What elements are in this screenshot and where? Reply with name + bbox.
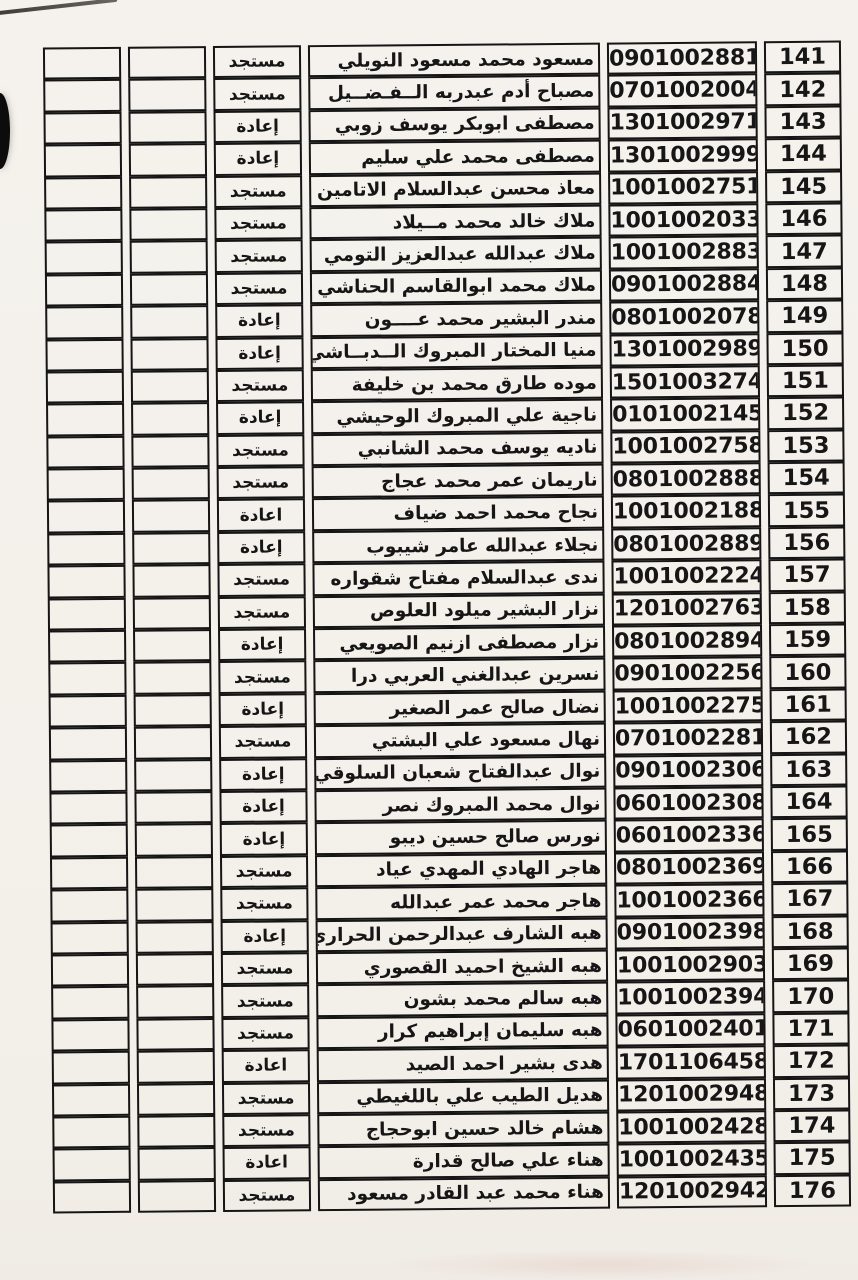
cell-name: نزار البشير ميلود العلوص [313, 593, 605, 628]
cell-blank-1 [43, 112, 121, 145]
cell-name: نهال مسعود علي البشتي [314, 723, 606, 758]
cell-blank-1 [52, 1083, 130, 1116]
cell-blank-2 [129, 176, 207, 209]
cell-serial-number: 170 [772, 980, 849, 1013]
cell-id-number: 1001002435 [617, 1143, 767, 1177]
cell-serial-number: 176 [774, 1174, 851, 1207]
cell-name: ملاك خالد محمد مــيلاد [309, 205, 601, 240]
cell-blank-2 [136, 985, 214, 1018]
cell-blank-1 [44, 209, 122, 242]
cell-id-number: 1001002394 [615, 981, 765, 1015]
cell-id-number: 1001002366 [614, 883, 764, 917]
cell-serial-number: 167 [771, 883, 848, 916]
cell-serial-number: 169 [772, 947, 849, 980]
cell-status: إعادة [221, 920, 309, 953]
cell-blank-1 [53, 1148, 131, 1181]
cell-id-number: 0901002398 [615, 916, 765, 950]
cell-name: هشام خالد حسين ابوحجاج [317, 1111, 609, 1146]
cell-blank-2 [130, 240, 208, 273]
cell-id-number: 0801002369 [614, 851, 764, 885]
cell-serial-number: 171 [772, 1012, 849, 1045]
cell-blank-1 [48, 662, 126, 695]
cell-name: ناريمان عمر محمد عجاج [312, 464, 604, 499]
cell-serial-number: 174 [773, 1109, 850, 1142]
cell-serial-number: 168 [772, 915, 849, 948]
cell-blank-2 [128, 78, 206, 111]
cell-name: هبه الشارف عبدالرحمن الحراري [316, 917, 608, 952]
cell-serial-number: 143 [764, 105, 841, 138]
cell-status: مستجد [217, 563, 305, 596]
cell-status: اعادة [223, 1146, 311, 1179]
cell-blank-1 [50, 857, 128, 890]
cell-id-number: 0101002145 [610, 398, 760, 432]
cell-blank-2 [132, 500, 210, 533]
cell-id-number: 1201002948 [616, 1078, 766, 1112]
cell-name: نضال صالح عمر الصغير [314, 690, 606, 725]
cell-id-number: 1301002971 [607, 106, 757, 140]
cell-blank-1 [49, 695, 127, 728]
cell-blank-2 [131, 435, 209, 468]
cell-name: مصطفى ابوبكر يوسف زوبي [308, 107, 600, 142]
cell-name: هبه سليمان إبراهيم كرار [316, 1014, 608, 1049]
cell-status: مستجد [215, 272, 303, 305]
cell-blank-1 [45, 306, 123, 339]
cell-blank-1 [51, 1019, 129, 1052]
cell-blank-2 [134, 791, 212, 824]
cell-serial-number: 145 [765, 170, 842, 203]
cell-blank-2 [137, 1115, 215, 1148]
cell-status: مستجد [216, 434, 304, 467]
cell-id-number: 0901002256 [612, 657, 762, 691]
cell-id-number: 0901002884 [609, 268, 759, 302]
cell-name: نوال محمد المبروك نصر [314, 788, 606, 823]
cell-serial-number: 149 [766, 300, 843, 333]
cell-status: مستجد [221, 985, 309, 1018]
cell-blank-2 [137, 1050, 215, 1083]
cell-id-number: 1201002942 [617, 1175, 767, 1209]
cell-blank-2 [138, 1180, 216, 1213]
cell-blank-2 [128, 46, 206, 79]
cell-id-number: 0901002306 [613, 754, 763, 788]
cell-status: مستجد [213, 45, 301, 78]
cell-name: ندى عبدالسلام مفتاح شقواره [312, 561, 604, 596]
cell-status: إعادة [219, 758, 307, 791]
scan-artifact-smudge [388, 1250, 818, 1280]
cell-serial-number: 175 [774, 1142, 851, 1175]
cell-id-number: 1001002188 [611, 495, 761, 529]
cell-status: مستجد [214, 207, 302, 240]
cell-id-number: 0701002004 [607, 74, 757, 108]
cell-id-number: 0601002336 [614, 819, 764, 853]
cell-id-number: 0801002078 [609, 300, 759, 334]
cell-blank-1 [48, 597, 126, 630]
cell-id-number: 0601002401 [615, 1013, 765, 1047]
cell-serial-number: 160 [769, 656, 846, 689]
cell-blank-2 [130, 338, 208, 371]
cell-id-number: 0901002881 [607, 41, 757, 75]
cell-id-number: 1001002883 [609, 236, 759, 270]
cell-blank-1 [49, 792, 127, 825]
cell-blank-1 [47, 565, 125, 598]
cell-name: ملاك عبدالله عبدالعزيز التومي [310, 237, 602, 272]
cell-id-number: 1001002758 [610, 430, 760, 464]
cell-blank-1 [49, 727, 127, 760]
cell-status: مستجد [218, 596, 306, 629]
cell-blank-1 [46, 403, 124, 436]
cell-serial-number: 146 [765, 202, 842, 235]
cell-blank-1 [52, 1116, 130, 1149]
cell-blank-2 [138, 1147, 216, 1180]
table-row: مستجد هناء محمد عبد القادر مسعود 1201002… [53, 1174, 851, 1213]
cell-name: هناء محمد عبد القادر مسعود [318, 1176, 610, 1211]
cell-status: مستجد [217, 466, 305, 499]
cell-serial-number: 173 [773, 1077, 850, 1110]
cell-serial-number: 150 [766, 332, 843, 365]
cell-name: هبه سالم محمد بشون [316, 982, 608, 1017]
cell-id-number: 1201002763 [612, 592, 762, 626]
cell-status: إعادة [220, 823, 308, 856]
cell-serial-number: 158 [769, 591, 846, 624]
cell-blank-2 [133, 629, 211, 662]
cell-blank-2 [128, 111, 206, 144]
cell-name: هبه الشيخ احميد القصوري [316, 950, 608, 985]
cell-name: مصطفى محمد علي سليم [309, 140, 601, 175]
cell-id-number: 1701106458 [616, 1045, 766, 1079]
cell-name: ناجية علي المبروك الوحيشي [311, 399, 603, 434]
cell-blank-1 [53, 1180, 131, 1213]
cell-status: مستجد [215, 240, 303, 273]
cell-status: مستجد [222, 1114, 310, 1147]
cell-blank-2 [136, 1018, 214, 1051]
cell-blank-2 [136, 953, 214, 986]
cell-serial-number: 156 [768, 526, 845, 559]
cell-name: ناديه يوسف محمد الشانبي [311, 431, 603, 466]
cell-blank-1 [50, 889, 128, 922]
cell-id-number: 1301002999 [608, 138, 758, 172]
cell-id-number: 1001002428 [616, 1110, 766, 1144]
cell-name: هناء علي صالح قدارة [318, 1144, 610, 1179]
cell-blank-1 [46, 371, 124, 404]
cell-serial-number: 148 [766, 267, 843, 300]
cell-serial-number: 141 [764, 41, 841, 74]
cell-blank-2 [130, 305, 208, 338]
cell-blank-2 [129, 208, 207, 241]
cell-blank-2 [132, 467, 210, 500]
cell-serial-number: 154 [768, 462, 845, 495]
cell-name: منيا المختار المبروك الــدبــاشي [310, 334, 602, 369]
cell-serial-number: 157 [768, 559, 845, 592]
cell-blank-1 [47, 468, 125, 501]
cell-status: مستجد [218, 661, 306, 694]
cell-blank-2 [137, 1083, 215, 1116]
cell-name: مسعود محمد مسعود النويلي [308, 43, 600, 78]
cell-name: مندر البشير محمد عــــون [310, 302, 602, 337]
cell-serial-number: 151 [767, 364, 844, 397]
scan-artifact-binding-mark [0, 93, 10, 169]
cell-blank-2 [131, 370, 209, 403]
cell-blank-1 [44, 176, 122, 209]
cell-blank-1 [44, 144, 122, 177]
cell-blank-2 [131, 402, 209, 435]
cell-blank-1 [43, 79, 121, 112]
cell-status: إعادة [218, 628, 306, 661]
cell-name: نزار مصطفى ازنيم الصويعي [313, 626, 605, 661]
cell-serial-number: 159 [769, 624, 846, 657]
cell-status: مستجد [221, 952, 309, 985]
cell-serial-number: 162 [770, 721, 847, 754]
cell-serial-number: 144 [765, 138, 842, 171]
cell-id-number: 1301002989 [609, 333, 759, 367]
cell-name: هاجر محمد عمر عبدالله [315, 885, 607, 920]
cell-blank-2 [130, 273, 208, 306]
cell-blank-1 [45, 338, 123, 371]
cell-serial-number: 165 [771, 818, 848, 851]
cell-status: مستجد [214, 175, 302, 208]
cell-name: نورس صالح حسين ديبو [315, 820, 607, 855]
cell-id-number: 1001002903 [615, 948, 765, 982]
cell-blank-2 [136, 921, 214, 954]
cell-id-number: 1001002033 [608, 203, 758, 237]
cell-blank-1 [43, 47, 121, 80]
cell-id-number: 0801002894 [612, 624, 762, 658]
cell-serial-number: 155 [768, 494, 845, 527]
cell-status: إعادة [214, 142, 302, 175]
cell-blank-1 [51, 954, 129, 987]
cell-status: مستجد [216, 369, 304, 402]
cell-blank-1 [51, 986, 129, 1019]
cell-blank-2 [134, 694, 212, 727]
scanned-page: مستجد مسعود محمد مسعود النويلي 090100288… [0, 0, 858, 1280]
cell-id-number: 0801002888 [611, 462, 761, 496]
cell-status: مستجد [223, 1179, 311, 1212]
cell-status: مستجد [213, 78, 301, 111]
cell-blank-1 [51, 921, 129, 954]
cell-id-number: 1001002751 [608, 171, 758, 205]
cell-name: هديل الطيب علي باللغيطي [317, 1079, 609, 1114]
cell-id-number: 0601002308 [613, 786, 763, 820]
cell-status: إعادة [219, 693, 307, 726]
cell-blank-2 [132, 532, 210, 565]
cell-id-number: 1001002224 [611, 560, 761, 594]
cell-serial-number: 166 [771, 850, 848, 883]
student-register-table: مستجد مسعود محمد مسعود النويلي 090100288… [36, 40, 858, 1213]
scan-artifact-pen-line [0, 0, 117, 15]
cell-blank-1 [47, 500, 125, 533]
cell-status: إعادة [215, 337, 303, 370]
cell-status: مستجد [220, 887, 308, 920]
cell-blank-2 [135, 888, 213, 921]
cell-id-number: 0801002889 [611, 527, 761, 561]
cell-blank-2 [135, 856, 213, 889]
cell-status: مستجد [221, 1017, 309, 1050]
cell-blank-2 [135, 823, 213, 856]
cell-serial-number: 147 [766, 235, 843, 268]
cell-serial-number: 153 [767, 429, 844, 462]
cell-serial-number: 164 [770, 785, 847, 818]
cell-name: نسرين عبدالغني العربي درا [313, 658, 605, 693]
cell-blank-1 [52, 1051, 130, 1084]
cell-id-number: 1501003274 [610, 365, 760, 399]
cell-blank-2 [133, 661, 211, 694]
cell-blank-2 [134, 726, 212, 759]
cell-status: إعادة [213, 110, 301, 143]
cell-status: إعادة [219, 790, 307, 823]
cell-blank-1 [47, 533, 125, 566]
cell-status: مستجد [220, 855, 308, 888]
cell-id-number: 0701002281 [613, 721, 763, 755]
cell-blank-2 [133, 597, 211, 630]
cell-blank-1 [48, 630, 126, 663]
cell-status: مستجد [219, 725, 307, 758]
table-body: مستجد مسعود محمد مسعود النويلي 090100288… [43, 41, 851, 1214]
cell-blank-1 [46, 435, 124, 468]
cell-blank-2 [129, 143, 207, 176]
cell-blank-2 [134, 759, 212, 792]
cell-name: ملاك محمد ابوالقاسم الحناشي [310, 269, 602, 304]
cell-id-number: 1001002275 [613, 689, 763, 723]
cell-blank-1 [45, 274, 123, 307]
cell-status: إعادة [216, 402, 304, 435]
cell-name: نجلاء عبدالله عامر شيبوب [312, 528, 604, 563]
cell-status: إعادة [217, 531, 305, 564]
cell-blank-1 [49, 759, 127, 792]
cell-serial-number: 161 [770, 688, 847, 721]
cell-name: هاجر الهادي المهدي عياد [315, 852, 607, 887]
cell-blank-1 [45, 241, 123, 274]
cell-serial-number: 152 [767, 397, 844, 430]
cell-status: إعادة [215, 304, 303, 337]
cell-serial-number: 163 [770, 753, 847, 786]
cell-name: مصباح أدم عبدربه الــفـضــيل [308, 75, 600, 110]
cell-blank-2 [132, 564, 210, 597]
cell-blank-1 [50, 824, 128, 857]
cell-status: اعادة [217, 499, 305, 532]
cell-name: نجاح محمد احمد ضياف [312, 496, 604, 531]
cell-serial-number: 172 [773, 1045, 850, 1078]
cell-status: مستجد [222, 1082, 310, 1115]
cell-name: نوال عبدالفتاح شعبان السلوقي [314, 755, 606, 790]
cell-serial-number: 142 [764, 73, 841, 106]
cell-name: موده طارق محمد بن خليفة [311, 367, 603, 402]
cell-status: اعادة [222, 1049, 310, 1082]
cell-name: معاذ محسن عبدالسلام الاتامين [309, 172, 601, 207]
cell-name: هدى بشير احمد الصيد [317, 1047, 609, 1082]
